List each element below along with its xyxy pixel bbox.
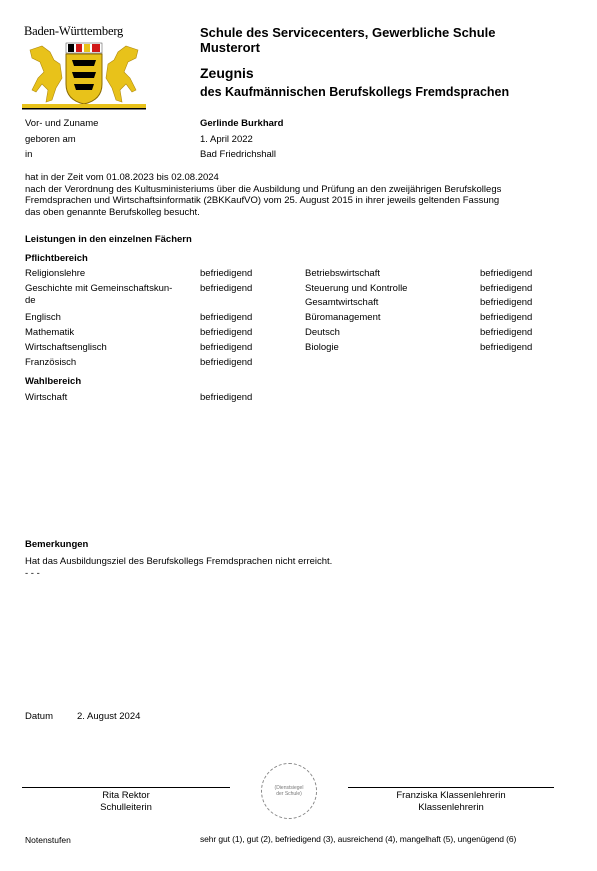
intro-line: das oben genannte Berufskolleg besucht. [25,207,585,219]
subject-geschichte-cont: de [25,295,36,307]
school-name-line2: Musterort [200,40,496,55]
grade-bueromanagement: befriedigend [480,312,532,324]
subject-englisch: Englisch [25,312,61,324]
subject-gesamtwirtschaft: Gesamtwirtschaft [305,297,378,309]
grades-section-title: Leistungen in den einzelnen Fächern [25,234,192,246]
remarks-placeholder: - - - [25,568,40,580]
document-title: Zeugnis [200,65,254,81]
signature-line-left [22,787,230,788]
intro-line: nach der Verordnung des Kultusministeriu… [25,184,585,196]
principal-name: Rita Rektor [22,790,230,802]
name-value: Gerlinde Burkhard [200,118,283,130]
principal-role: Schulleiterin [22,802,230,814]
grade-gesamtwirtschaft: befriedigend [480,297,532,309]
grade-biologie: befriedigend [480,342,532,354]
intro-line: Fremdsprachen und Wirtschaftsinformatik … [25,195,585,207]
state-label: Baden-Württemberg [24,24,123,39]
grade-scale-label: Notenstufen [25,835,71,847]
subject-wirtschaft: Wirtschaft [25,392,67,404]
seal-line2: der Schule) [275,791,304,797]
grade-steuerung: befriedigend [480,283,532,295]
grade-mathematik: befriedigend [200,327,252,339]
baden-wuerttemberg-coat-of-arms-icon [22,38,146,110]
document-subtitle: des Kaufmännischen Berufskollegs Fremdsp… [200,85,509,99]
intro-line: hat in der Zeit vom 01.08.2023 bis 02.08… [25,172,585,184]
signature-right: Franziska Klassenlehrerin Klassenlehreri… [348,790,554,813]
birth-label: geboren am [25,134,76,146]
school-name: Schule des Servicecenters, Gewerbliche S… [200,25,496,55]
grade-scale-text: sehr gut (1), gut (2), befriedigend (3),… [200,834,516,846]
grade-franzoesisch: befriedigend [200,357,252,369]
date-label: Datum [25,711,53,723]
grade-deutsch: befriedigend [480,327,532,339]
subject-wirtschaftsenglisch: Wirtschaftsenglisch [25,342,107,354]
official-seal-placeholder: (Dienstsiegel der Schule) [261,763,317,819]
grade-betriebswirtschaft: befriedigend [480,268,532,280]
name-label: Vor- und Zuname [25,118,98,130]
grade-religionslehre: befriedigend [200,268,252,280]
grade-wirtschaftsenglisch: befriedigend [200,342,252,354]
subject-deutsch: Deutsch [305,327,340,339]
teacher-role: Klassenlehrerin [348,802,554,814]
subject-mathematik: Mathematik [25,327,74,339]
grade-wirtschaft: befriedigend [200,392,252,404]
subject-betriebswirtschaft: Betriebswirtschaft [305,268,380,280]
place-label: in [25,149,32,161]
grade-englisch: befriedigend [200,312,252,324]
intro-paragraph: hat in der Zeit vom 01.08.2023 bis 02.08… [25,172,585,218]
subject-bueromanagement: Büromanagement [305,312,381,324]
place-value: Bad Friedrichshall [200,149,276,161]
remarks-text: Hat das Ausbildungsziel des Berufskolleg… [25,556,332,568]
signature-left: Rita Rektor Schulleiterin [22,790,230,813]
school-name-line1: Schule des Servicecenters, Gewerbliche S… [200,25,496,40]
remarks-title: Bemerkungen [25,539,88,551]
subject-franzoesisch: Französisch [25,357,76,369]
subject-geschichte: Geschichte mit Gemeinschaftskun- [25,283,172,295]
grade-geschichte: befriedigend [200,283,252,295]
teacher-name: Franziska Klassenlehrerin [348,790,554,802]
signature-line-right [348,787,554,788]
subject-steuerung: Steuerung und Kontrolle [305,283,407,295]
subject-religionslehre: Religionslehre [25,268,85,280]
date-value: 2. August 2024 [77,711,140,723]
wahl-title: Wahlbereich [25,376,81,388]
subject-biologie: Biologie [305,342,339,354]
pflicht-title: Pflichtbereich [25,253,88,265]
birth-value: 1. April 2022 [200,134,253,146]
